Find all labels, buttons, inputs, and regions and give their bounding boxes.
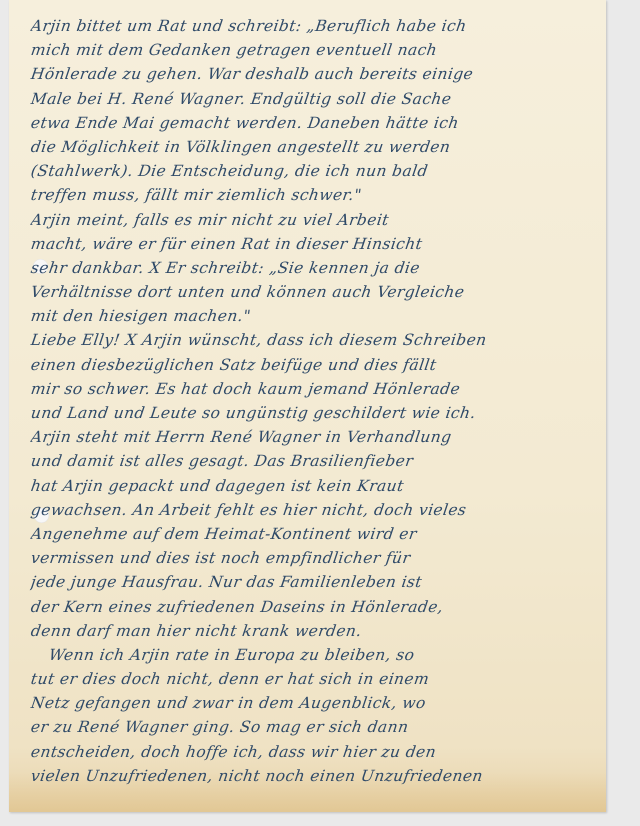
text-line: (Stahlwerk). Die Entscheidung, die ich n… bbox=[29, 159, 602, 183]
text-line: er zu René Wagner ging. So mag er sich d… bbox=[29, 715, 602, 739]
text-line: Male bei H. René Wagner. Endgültig soll … bbox=[29, 87, 602, 111]
text-line: Arjin meint, falls es mir nicht zu viel … bbox=[29, 208, 602, 232]
text-line: Liebe Elly! X Arjin wünscht, dass ich di… bbox=[29, 328, 602, 352]
text-line: macht, wäre er für einen Rat in dieser H… bbox=[29, 232, 602, 256]
text-line: und Land und Leute so ungünstig geschild… bbox=[29, 401, 602, 425]
text-line: Arjin steht mit Herrn René Wagner in Ver… bbox=[29, 425, 602, 449]
text-line: sehr dankbar. X Er schreibt: „Sie kennen… bbox=[29, 256, 602, 280]
text-line: denn darf man hier nicht krank werden. bbox=[29, 619, 602, 643]
text-line: Verhältnisse dort unten und können auch … bbox=[29, 280, 602, 304]
text-line: entscheiden, doch hoffe ich, dass wir hi… bbox=[29, 740, 602, 764]
text-line: Angenehme auf dem Heimat-Kontinent wird … bbox=[29, 522, 602, 546]
text-line: der Kern eines zufriedenen Daseins in Hö… bbox=[29, 595, 602, 619]
text-line: Arjin bittet um Rat und schreibt: „Beruf… bbox=[29, 14, 602, 38]
letter-page: Arjin bittet um Rat und schreibt: „Beruf… bbox=[9, 0, 606, 812]
text-line: vermissen und dies ist noch empfindliche… bbox=[29, 546, 602, 570]
text-line: mit den hiesigen machen." bbox=[29, 304, 602, 328]
text-line: tut er dies doch nicht, denn er hat sich… bbox=[29, 667, 602, 691]
text-line: Hönlerade zu gehen. War deshalb auch ber… bbox=[29, 62, 602, 86]
text-line: Wenn ich Arjin rate in Europa zu bleiben… bbox=[29, 643, 602, 667]
text-line: die Möglichkeit in Völklingen angestellt… bbox=[29, 135, 602, 159]
text-line: und damit ist alles gesagt. Das Brasilie… bbox=[29, 449, 602, 473]
text-line: etwa Ende Mai gemacht werden. Daneben hä… bbox=[29, 111, 602, 135]
text-line: einen diesbezüglichen Satz beifüge und d… bbox=[29, 353, 602, 377]
text-line: gewachsen. An Arbeit fehlt es hier nicht… bbox=[29, 498, 602, 522]
text-line: hat Arjin gepackt und dagegen ist kein K… bbox=[29, 474, 602, 498]
text-line: mich mit dem Gedanken getragen eventuell… bbox=[29, 38, 602, 62]
text-line: mir so schwer. Es hat doch kaum jemand H… bbox=[29, 377, 602, 401]
text-line: Netz gefangen und zwar in dem Augenblick… bbox=[29, 691, 602, 715]
text-line: treffen muss, fällt mir ziemlich schwer.… bbox=[29, 183, 602, 207]
text-line: jede junge Hausfrau. Nur das Familienleb… bbox=[29, 570, 602, 594]
text-line: vielen Unzufriedenen, nicht noch einen U… bbox=[29, 764, 602, 788]
handwritten-text-body: Arjin bittet um Rat und schreibt: „Beruf… bbox=[31, 14, 601, 788]
